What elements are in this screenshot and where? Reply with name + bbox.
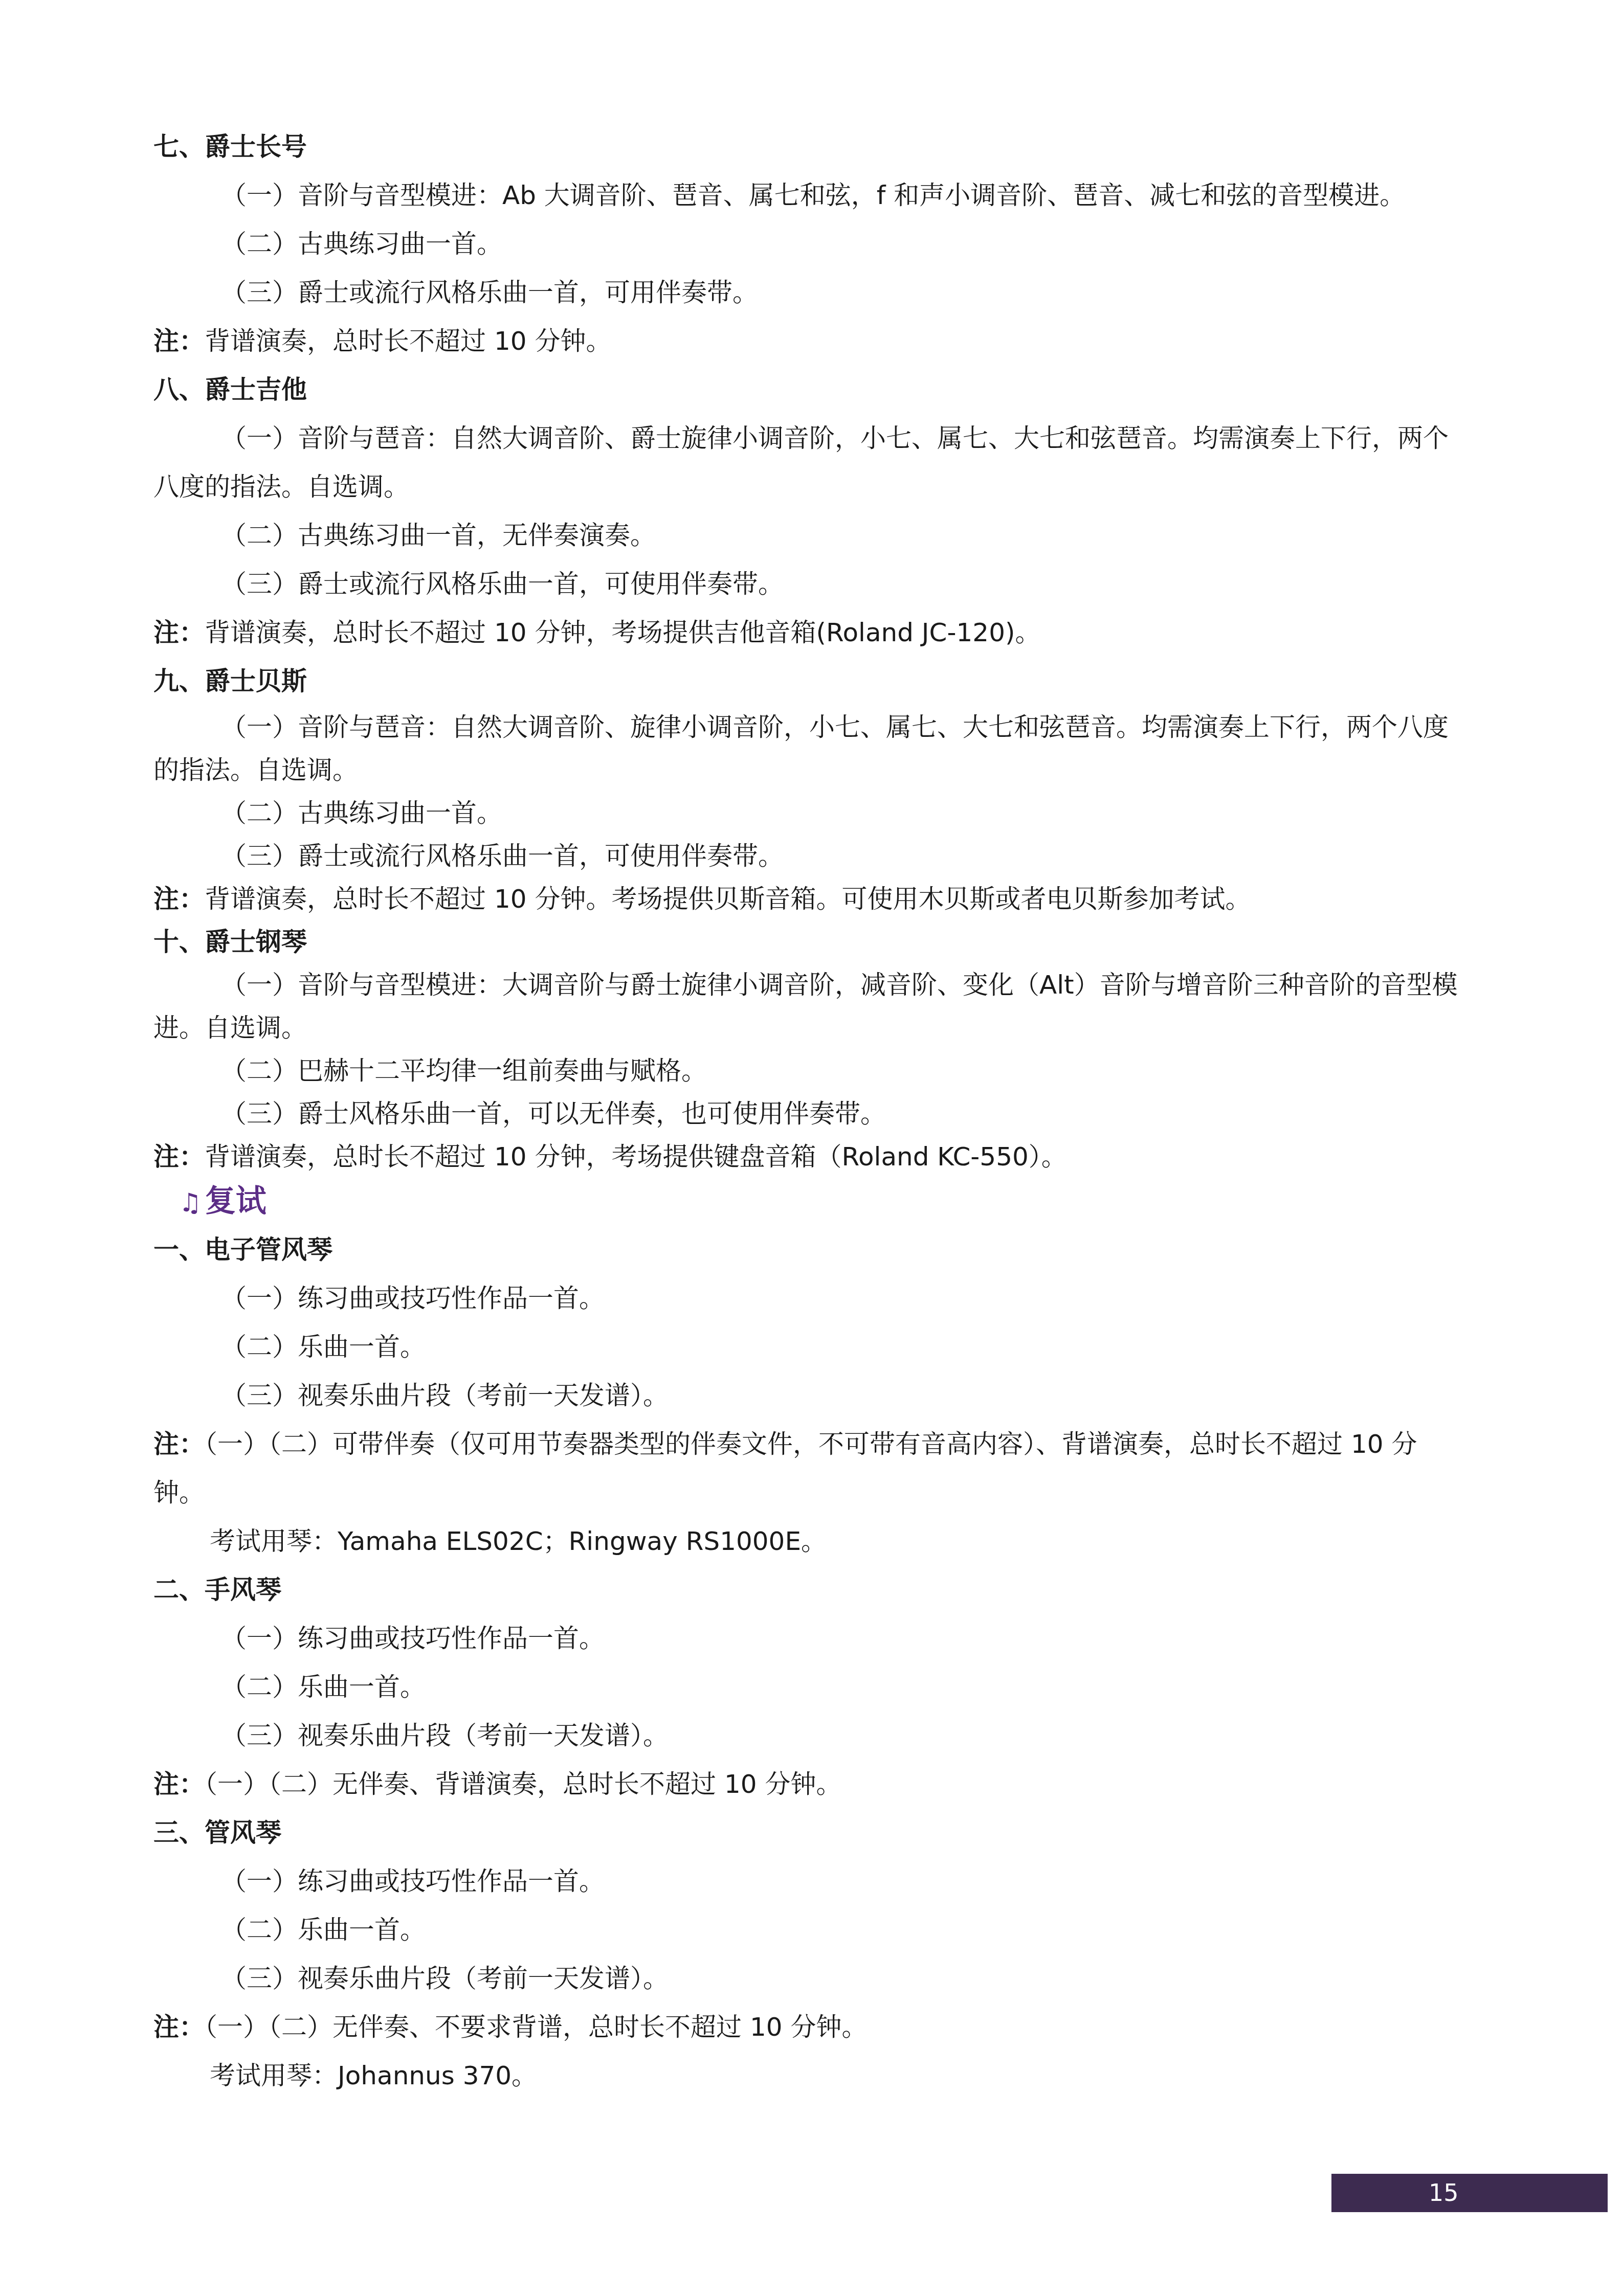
section-title: 九、爵士贝斯 — [153, 657, 1463, 706]
note: 注：背谱演奏，总时长不超过 10 分钟。考场提供贝斯音箱。可使用木贝斯或者电贝斯… — [153, 877, 1463, 920]
list-item: （三）爵士或流行风格乐曲一首，可使用伴奏带。 — [153, 560, 1463, 609]
list-item: （二）巴赫十二平均律一组前奏曲与赋格。 — [153, 1049, 1463, 1092]
section-title: 八、爵士吉他 — [153, 366, 1463, 414]
list-item: （二）古典练习曲一首。 — [153, 792, 1463, 835]
list-item: （三）爵士或流行风格乐曲一首，可使用伴奏带。 — [153, 835, 1463, 877]
note: 注：（一）（二）可带伴奏（仅可用节奏器类型的伴奏文件，不可带有音高内容）、背谱演… — [153, 1420, 1463, 1517]
list-item: （三）爵士或流行风格乐曲一首，可用伴奏带。 — [153, 268, 1463, 317]
list-item: （一）练习曲或技巧性作品一首。 — [153, 1857, 1463, 1906]
note-text: 背谱演奏，总时长不超过 10 分钟。 — [205, 326, 611, 356]
list-item: （三）视奏乐曲片段（考前一天发谱）。 — [153, 1712, 1463, 1760]
retest-title: 复试 — [205, 1183, 266, 1219]
note-label: 注： — [153, 1769, 205, 1799]
section-title: 十、爵士钢琴 — [153, 920, 1463, 963]
list-item: （一）练习曲或技巧性作品一首。 — [153, 1274, 1463, 1323]
instrument-info: 考试用琴：Johannus 370。 — [153, 2052, 1463, 2100]
list-item: （一）音阶与琶音：自然大调音阶、爵士旋律小调音阶，小七、属七、大七和弦琶音。均需… — [153, 414, 1463, 511]
note-label: 注： — [153, 2012, 205, 2042]
note-text: 背谱演奏，总时长不超过 10 分钟，考场提供键盘音箱（Roland KC-550… — [205, 1142, 1067, 1172]
note: 注：（一）（二）无伴奏、不要求背谱，总时长不超过 10 分钟。 — [153, 2003, 1463, 2052]
list-item: （三）视奏乐曲片段（考前一天发谱）。 — [153, 1371, 1463, 1420]
list-item: （二）乐曲一首。 — [153, 1323, 1463, 1371]
section-title: 七、爵士长号 — [153, 123, 1463, 171]
section-title: 二、手风琴 — [153, 1566, 1463, 1614]
music-note-icon: ♫ — [179, 1188, 202, 1218]
list-item: （一）音阶与琶音：自然大调音阶、旋律小调音阶，小七、属七、大七和弦琶音。均需演奏… — [153, 706, 1463, 792]
list-item-text: （一）音阶与琶音：自然大调音阶、旋律小调音阶，小七、属七、大七和弦琶音。均需演奏… — [153, 712, 1449, 785]
document-page: 七、爵士长号 （一）音阶与音型模进：Ab 大调音阶、琶音、属七和弦，f 和声小调… — [153, 123, 1463, 2100]
note: 注：背谱演奏，总时长不超过 10 分钟。 — [153, 317, 1463, 366]
list-item: （一）音阶与音型模进：Ab 大调音阶、琶音、属七和弦，f 和声小调音阶、琶音、减… — [153, 171, 1463, 220]
list-item: （三）爵士风格乐曲一首，可以无伴奏，也可使用伴奏带。 — [153, 1092, 1463, 1135]
note-text: （一）（二）可带伴奏（仅可用节奏器类型的伴奏文件，不可带有音高内容）、背谱演奏，… — [153, 1429, 1417, 1507]
list-item: （二）乐曲一首。 — [153, 1663, 1463, 1712]
list-item: （二）古典练习曲一首，无伴奏演奏。 — [153, 511, 1463, 560]
note-label: 注： — [153, 326, 205, 356]
note-label: 注： — [153, 618, 205, 647]
list-item: （一）音阶与音型模进：大调音阶与爵士旋律小调音阶，减音阶、变化（Alt）音阶与增… — [153, 963, 1463, 1049]
note: 注：（一）（二）无伴奏、背谱演奏，总时长不超过 10 分钟。 — [153, 1760, 1463, 1809]
note-label: 注： — [153, 884, 205, 914]
note-label: 注： — [153, 1142, 205, 1172]
list-item-text: （一）音阶与音型模进：大调音阶与爵士旋律小调音阶，减音阶、变化（Alt）音阶与增… — [153, 970, 1458, 1043]
list-item: （二）乐曲一首。 — [153, 1906, 1463, 1954]
list-item-text: （一）音阶与琶音：自然大调音阶、爵士旋律小调音阶，小七、属七、大七和弦琶音。均需… — [153, 423, 1449, 502]
note-text: （一）（二）无伴奏、背谱演奏，总时长不超过 10 分钟。 — [205, 1769, 841, 1799]
section-title: 一、电子管风琴 — [153, 1226, 1463, 1274]
list-item: （一）练习曲或技巧性作品一首。 — [153, 1614, 1463, 1663]
retest-heading: ♫复试 — [153, 1178, 1463, 1226]
note: 注：背谱演奏，总时长不超过 10 分钟，考场提供吉他音箱(Roland JC-1… — [153, 609, 1463, 657]
list-item: （三）视奏乐曲片段（考前一天发谱）。 — [153, 1954, 1463, 2003]
note: 注：背谱演奏，总时长不超过 10 分钟，考场提供键盘音箱（Roland KC-5… — [153, 1135, 1463, 1178]
page-number: 15 — [1429, 2174, 1459, 2212]
note-text: （一）（二）无伴奏、不要求背谱，总时长不超过 10 分钟。 — [205, 2012, 867, 2042]
page-number-bar: 15 — [1331, 2174, 1608, 2212]
section-title: 三、管风琴 — [153, 1809, 1463, 1857]
instrument-info: 考试用琴：Yamaha ELS02C；Ringway RS1000E。 — [153, 1517, 1463, 1566]
note-text: 背谱演奏，总时长不超过 10 分钟。考场提供贝斯音箱。可使用木贝斯或者电贝斯参加… — [205, 884, 1251, 914]
list-item: （二）古典练习曲一首。 — [153, 220, 1463, 268]
note-label: 注： — [153, 1429, 205, 1459]
note-text: 背谱演奏，总时长不超过 10 分钟，考场提供吉他音箱(Roland JC-120… — [205, 618, 1041, 647]
